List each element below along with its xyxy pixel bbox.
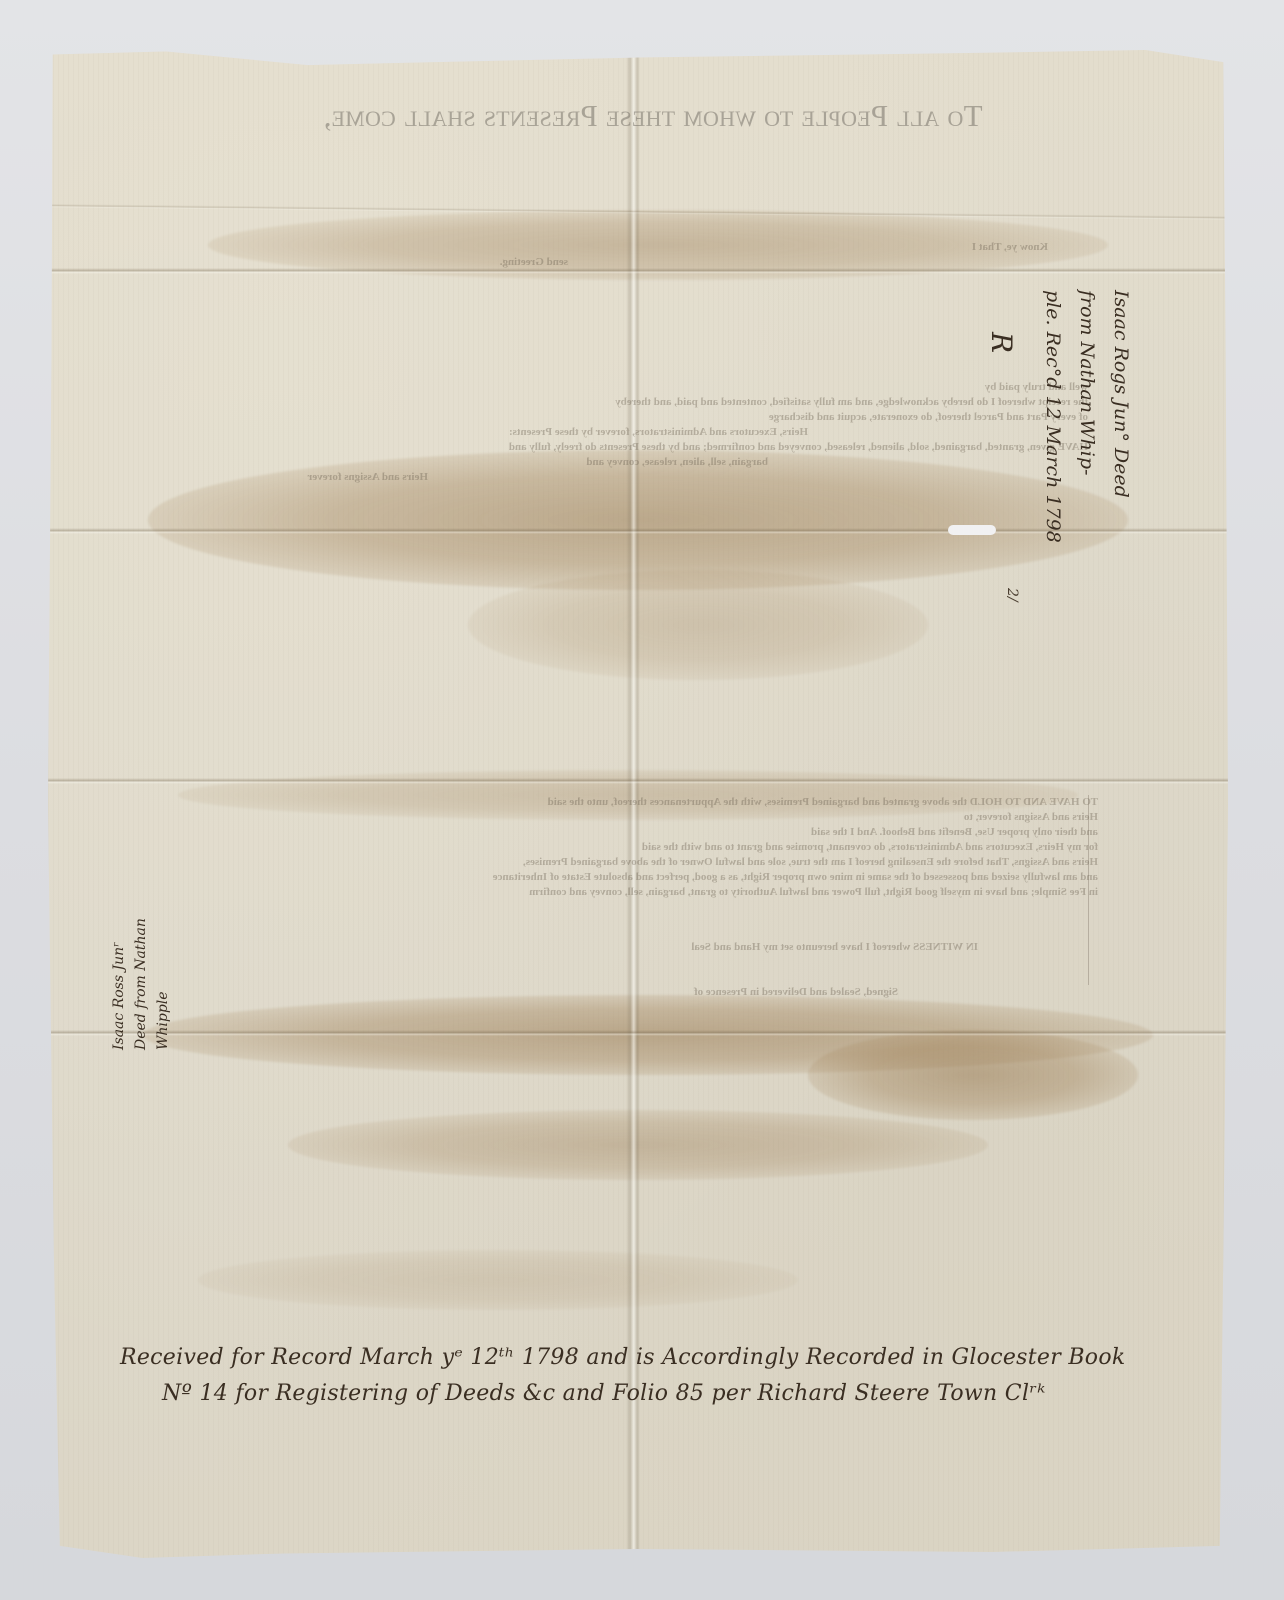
water-stain-lower-right: [808, 1030, 1138, 1120]
horizontal-fold-4: [48, 1030, 1228, 1036]
docket-line: Isaac Rogs Jun° Deed: [1104, 290, 1138, 543]
endorsement-line-1: Received for Record March yᵉ 12ᵗʰ 1798 a…: [120, 1340, 1126, 1376]
bleed-through-margin-rule: [1088, 795, 1089, 985]
docket-line: ple. Rec°d 12 March 1798: [1036, 290, 1070, 543]
docket-left-margin: Isaac Ross Junʳ Deed from Nathan Whipple: [108, 918, 174, 1050]
docket-initial: R: [985, 332, 1018, 353]
docket-right-margin: Isaac Rogs Jun° Deed from Nathan Whip- p…: [1036, 290, 1138, 543]
deed-document: To all People to whom these Presents sha…: [48, 50, 1228, 1558]
water-stain-bottom: [198, 1250, 798, 1310]
docket-line: from Nathan Whip-: [1070, 290, 1104, 543]
bleed-through-middle: well and truly paid by the receipt where…: [188, 380, 1088, 485]
endorsement-line-2: Nº 14 for Registering of Deeds &c and Fo…: [120, 1376, 1126, 1412]
docket-line: Whipple: [152, 918, 174, 1050]
bleed-through-title: To all People to whom these Presents sha…: [223, 98, 1083, 134]
docket-fee: 2/: [1004, 588, 1020, 602]
bleed-through-lower: TO HAVE AND TO HOLD the above granted an…: [178, 795, 1098, 1000]
paper-hole: [948, 525, 996, 535]
horizontal-fold-3: [48, 778, 1228, 784]
recording-endorsement: Received for Record March yᵉ 12ᵗʰ 1798 a…: [120, 1340, 1126, 1412]
docket-line: Deed from Nathan: [130, 918, 152, 1050]
bleed-through-header: Know ye, That I send Greeting.: [188, 240, 1088, 270]
docket-line: Isaac Ross Junʳ: [108, 918, 130, 1050]
